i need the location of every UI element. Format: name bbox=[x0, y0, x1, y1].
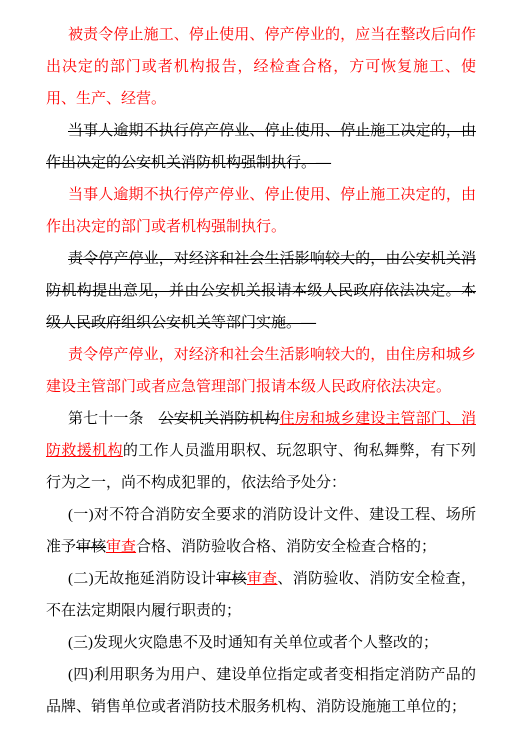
document-page: 被责令停止施工、停止使用、停产停业的，应当在整改后向作出决定的部门或者机构报告，… bbox=[0, 0, 515, 731]
text-run-ins: 审查 bbox=[106, 539, 136, 555]
text-run-red: 被责令停止施工、停止使用、停产停业的，应当在整改后向作出决定的部门或者机构报告，… bbox=[46, 27, 476, 107]
text-run-normal: 第七十一条 bbox=[68, 411, 159, 427]
text-run-del: 审核 bbox=[76, 539, 106, 555]
paragraph: 当事人逾期不执行停产停业、停止使用、停止施工决定的，由作出决定的部门或者机构强制… bbox=[46, 179, 476, 243]
paragraph: 当事人逾期不执行停产停业、停止使用、停止施工决定的，由作出决定的公安机关消防机构… bbox=[46, 115, 476, 179]
text-run-red: 责令停产停业，对经济和社会生活影响较大的，由住房和城乡建设主管部门或者应急管理部… bbox=[46, 347, 476, 395]
paragraph: (三)发现火灾隐患不及时通知有关单位或者个人整改的； bbox=[46, 627, 476, 659]
paragraph: 责令停产停业，对经济和社会生活影响较大的，由公安机关消防机构提出意见，并由公安机… bbox=[46, 243, 476, 339]
text-run-del: 审核 bbox=[216, 571, 247, 587]
text-run-normal: 合格、消防验收合格、消防安全检查合格的； bbox=[136, 539, 436, 555]
text-run-del: 责令停产停业，对经济和社会生活影响较大的，由公安机关消防机构提出意见，并由公安机… bbox=[46, 251, 476, 331]
paragraph: (四)利用职务为用户、建设单位指定或者变相指定消防产品的品牌、销售单位或者消防技… bbox=[46, 659, 476, 723]
paragraph: (二)无故拖延消防设计审核审查、消防验收、消防安全检查，不在法定期限内履行职责的… bbox=[46, 563, 476, 627]
paragraph: 第七十一条 公安机关消防机构住房和城乡建设主管部门、消防救援机构的工作人员滥用职… bbox=[46, 403, 476, 499]
paragraph: 被责令停止施工、停止使用、停产停业的，应当在整改后向作出决定的部门或者机构报告，… bbox=[46, 19, 476, 115]
paragraph: 责令停产停业，对经济和社会生活影响较大的，由住房和城乡建设主管部门或者应急管理部… bbox=[46, 339, 476, 403]
text-run-ins: 审查 bbox=[247, 571, 278, 587]
text-run-normal: (四)利用职务为用户、建设单位指定或者变相指定消防产品的品牌、销售单位或者消防技… bbox=[46, 667, 476, 715]
text-run-normal: (二)无故拖延消防设计 bbox=[68, 571, 216, 587]
text-run-normal: (三)发现火灾隐患不及时通知有关单位或者个人整改的； bbox=[68, 635, 438, 651]
text-run-red: 当事人逾期不执行停产停业、停止使用、停止施工决定的，由作出决定的部门或者机构强制… bbox=[46, 187, 476, 235]
text-run-del: 当事人逾期不执行停产停业、停止使用、停止施工决定的，由作出决定的公安机关消防机构… bbox=[46, 123, 476, 171]
text-run-del: 公安机关消防机构 bbox=[159, 411, 280, 427]
paragraph: (一)对不符合消防安全要求的消防设计文件、建设工程、场所准予审核审查合格、消防验… bbox=[46, 499, 476, 563]
